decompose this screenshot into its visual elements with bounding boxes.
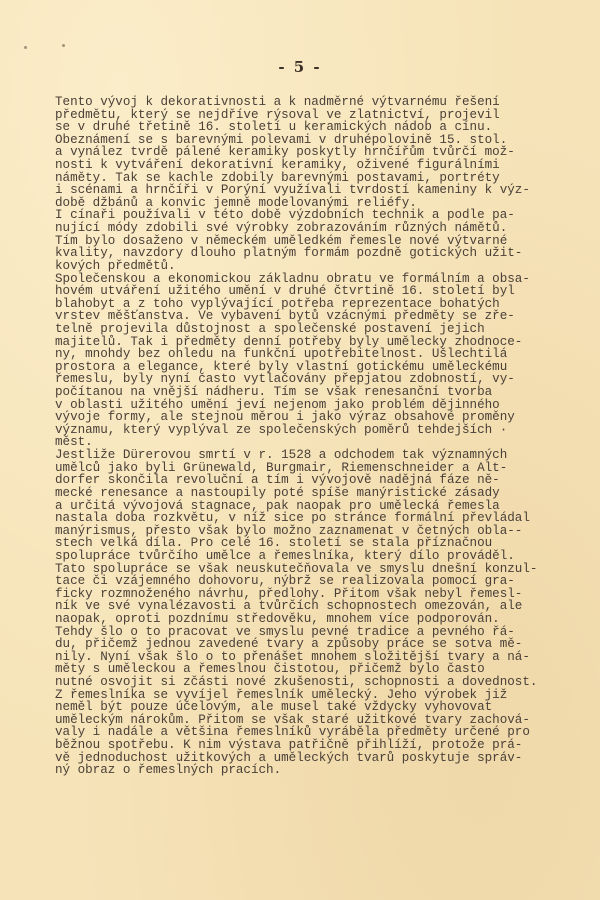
paper-speck xyxy=(62,44,65,47)
text-line: kových předmětů. xyxy=(55,260,600,273)
text-line: dorfer skončila revoluční a tím i vývojo… xyxy=(55,474,600,487)
text-line: neměl být pouze účelovým, ale musel také… xyxy=(55,701,600,714)
text-line: nující módy zdobili své výrobky zobrazov… xyxy=(55,222,600,235)
text-line: počítanou na vnější nádheru. Tím se však… xyxy=(55,386,600,399)
text-line: Jestliže Dürerovou smrtí v r. 1528 a odc… xyxy=(55,449,600,462)
text-line: nutné osvojit si zčásti nové zkušenosti,… xyxy=(55,676,600,689)
text-line: ný obraz o řemeslných pracích. xyxy=(55,764,600,777)
body-text: Tento vývoj k dekorativnosti a k nadměrn… xyxy=(55,96,600,777)
text-line: naopak, oproti pozdnímu středověku, mnoh… xyxy=(55,613,600,626)
text-line: i scénami a hrnčíři v Porýní využívali t… xyxy=(55,184,600,197)
text-line: Tento vývoj k dekorativnosti a k nadměrn… xyxy=(55,96,600,109)
text-line: telně projevila důstojnost a společenské… xyxy=(55,323,600,336)
text-line: nastala doba rozkvětu, v níž sice po str… xyxy=(55,512,600,525)
text-line: vývoje formy, ale stejnou měrou i jako v… xyxy=(55,411,600,424)
text-line: se v druhé třetině 16. století u keramic… xyxy=(55,121,600,134)
text-line: běžnou spotřebu. K nim výstava patřičně … xyxy=(55,739,600,752)
text-line: tace či vzájemného dohovoru, nýbrž se re… xyxy=(55,575,600,588)
text-line: nosti k vytváření dekorativní keramiky, … xyxy=(55,159,600,172)
text-line: ny, mnohdy bez ohledu na funkční upotřeb… xyxy=(55,348,600,361)
text-line: významu, který vyplýval ze společenských… xyxy=(55,424,600,437)
text-line: hovém utváření užitého umění v druhé čtv… xyxy=(55,285,600,298)
paper-speck xyxy=(24,46,27,49)
text-line: du, přičemž jednou zavedené tvary a způs… xyxy=(55,638,600,651)
page-number: - 5 - xyxy=(0,58,600,76)
text-line: spolupráce tvůrčího umělce a řemeslníka,… xyxy=(55,550,600,563)
text-line: mecké renesance a nastoupily poté spíše … xyxy=(55,487,600,500)
